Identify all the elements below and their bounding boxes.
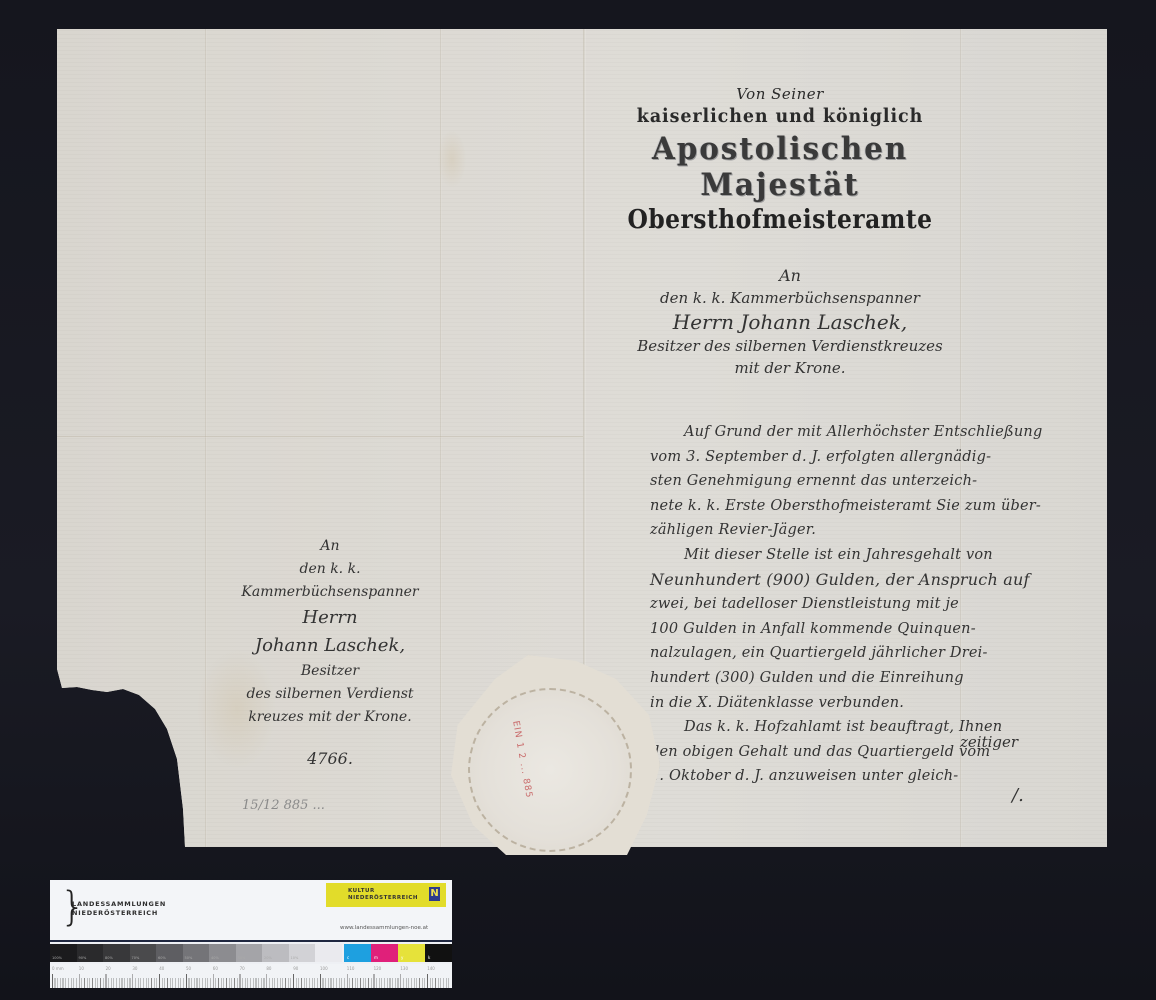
paper-stain bbox=[437, 129, 467, 189]
verso-line: kreuzes mit der Krone. bbox=[210, 706, 450, 729]
verso-line: Besitzer bbox=[210, 660, 450, 683]
org-line-1: LANDESSAMMLUNGEN bbox=[72, 900, 166, 909]
ruler-label: 90 bbox=[293, 966, 298, 971]
signature-mark: /. bbox=[1012, 785, 1024, 806]
fold-line bbox=[57, 436, 583, 438]
cmyk-patch: c bbox=[344, 944, 371, 962]
ruler-label: 120 bbox=[374, 966, 382, 971]
pencil-annotation: 15/12 885 ... bbox=[242, 798, 325, 813]
addressee-an: An bbox=[560, 265, 1020, 287]
gray-patch: 40% bbox=[209, 944, 236, 962]
body-line: zwei, bei tadelloser Dienstleistung mit … bbox=[650, 592, 1110, 617]
gray-patch-label: 50% bbox=[185, 956, 193, 960]
addressee-name: Herrn Johann Laschek, bbox=[560, 309, 1020, 335]
ruler-label: 110 bbox=[347, 966, 355, 971]
body-line: Auf Grund der mit Allerhöchster Entschli… bbox=[650, 420, 1110, 445]
addressee-title: den k. k. Kammerbüchsenspanner bbox=[560, 287, 1020, 309]
kultur-text: KULTUR NIEDERÖSTERREICH bbox=[348, 888, 418, 902]
verso-name: Johann Laschek, bbox=[210, 632, 450, 660]
org-line-2: NIEDERÖSTERREICH bbox=[72, 909, 166, 918]
gray-patch-label: 40% bbox=[211, 956, 219, 960]
gray-patch: 10% bbox=[289, 944, 316, 962]
ruler-label: 50 bbox=[186, 966, 191, 971]
ruler-label: 30 bbox=[132, 966, 137, 971]
gray-patch: 80% bbox=[103, 944, 130, 962]
gray-patch-label: 60% bbox=[158, 956, 166, 960]
n-logo-icon: N bbox=[429, 887, 440, 901]
body-line: den obigen Gehalt und das Quartiergeld v… bbox=[650, 740, 1110, 765]
gray-patch-label: 70% bbox=[132, 956, 140, 960]
paper-seal-icon bbox=[468, 688, 632, 852]
gray-patch-label: 100% bbox=[52, 956, 62, 960]
cmyk-patch: k bbox=[425, 944, 452, 962]
addressee-decoration-2: mit der Krone. bbox=[560, 357, 1020, 379]
gray-patch: 70% bbox=[130, 944, 157, 962]
gray-patch-label: 10% bbox=[291, 956, 299, 960]
gray-patch-label: 90% bbox=[79, 956, 87, 960]
cmyk-patch-label: y bbox=[401, 955, 403, 960]
verso-line: des silbernen Verdienst bbox=[210, 683, 450, 706]
cmyk-patch-label: k bbox=[428, 955, 430, 960]
verso-line: Kammerbüchsenspanner bbox=[210, 581, 450, 604]
body-line: sten Genehmigung ernennt das unterzeich- bbox=[650, 469, 1110, 494]
body-line: vom 3. September d. J. erfolgten allergn… bbox=[650, 445, 1110, 470]
header-office: Obersthofmeisteramte bbox=[582, 205, 978, 235]
verso-address: An den k. k. Kammerbüchsenspanner Herrn … bbox=[210, 535, 450, 770]
ruler-label: 70 bbox=[240, 966, 245, 971]
gray-patch-label: 30% bbox=[238, 956, 246, 960]
verso-number: 4766. bbox=[210, 747, 450, 770]
gray-patch: 100% bbox=[50, 944, 77, 962]
ruler-major-ticks bbox=[52, 974, 450, 988]
header-line-2: kaiserlichen und königlich bbox=[578, 105, 983, 127]
gray-patch: 20% bbox=[262, 944, 289, 962]
ruler-label: 80 bbox=[266, 966, 271, 971]
kultur-line-2: NIEDERÖSTERREICH bbox=[348, 895, 418, 902]
letterhead: Von Seiner kaiserlichen und königlich Ap… bbox=[560, 85, 1000, 235]
kultur-line-1: KULTUR bbox=[348, 888, 418, 895]
color-calibration-card: } LANDESSAMMLUNGEN NIEDERÖSTERREICH KULT… bbox=[50, 880, 452, 988]
cmyk-patch-label: m bbox=[374, 955, 378, 960]
gray-patch: 50% bbox=[183, 944, 210, 962]
cmyk-patch: m bbox=[371, 944, 398, 962]
body-line: 1. Oktober d. J. anzuweisen unter gleich… bbox=[650, 764, 1110, 789]
gray-patch: 90% bbox=[77, 944, 104, 962]
cmyk-patch: y bbox=[398, 944, 425, 962]
ruler-label: 140 bbox=[427, 966, 435, 971]
verso-an: An bbox=[210, 535, 450, 558]
body-line: zähligen Revier-Jäger. bbox=[650, 518, 1110, 543]
verso-line: Herrn bbox=[210, 604, 450, 632]
body-line: hundert (300) Gulden und die Einreihung bbox=[650, 666, 1110, 691]
ruler-label: 10 bbox=[79, 966, 84, 971]
addressee-block: An den k. k. Kammerbüchsenspanner Herrn … bbox=[560, 265, 1020, 379]
gray-patch: 60% bbox=[156, 944, 183, 962]
gray-patch-label: 20% bbox=[264, 956, 272, 960]
org-name: LANDESSAMMLUNGEN NIEDERÖSTERREICH bbox=[72, 900, 166, 918]
mm-ruler: 0 mm102030405060708090100110120130140 bbox=[50, 964, 452, 988]
ruler-label: 0 mm bbox=[52, 966, 64, 971]
letter-body: Auf Grund der mit Allerhöchster Entschli… bbox=[650, 420, 1110, 789]
ruler-label: 60 bbox=[213, 966, 218, 971]
ruler-label: 40 bbox=[159, 966, 164, 971]
gray-patch bbox=[315, 944, 342, 962]
body-line: in die X. Diätenklasse verbunden. bbox=[650, 691, 1110, 716]
kultur-badge: KULTUR NIEDERÖSTERREICH N bbox=[326, 883, 446, 907]
closing-word: zeitiger bbox=[960, 733, 1018, 751]
ruler-label: 130 bbox=[400, 966, 408, 971]
ruler-label: 20 bbox=[106, 966, 111, 971]
card-header: } LANDESSAMMLUNGEN NIEDERÖSTERREICH KULT… bbox=[50, 880, 452, 942]
header-line-1: Von Seiner bbox=[560, 85, 1000, 103]
addressee-decoration: Besitzer des silbernen Verdienstkreuzes bbox=[560, 335, 1020, 357]
body-line: Neunhundert (900) Gulden, der Anspruch a… bbox=[650, 568, 1110, 593]
body-line: nalzulagen, ein Quartiergeld jährlicher … bbox=[650, 641, 1110, 666]
body-line: nete k. k. Erste Obersthofmeisteramt Sie… bbox=[650, 494, 1110, 519]
grayscale-strip: 100%90%80%70%60%50%40%30%20%10% bbox=[50, 944, 342, 962]
ruler-label: 100 bbox=[320, 966, 328, 971]
card-url: www.landessammlungen-noe.at bbox=[340, 925, 428, 931]
cmyk-strip: cmyk bbox=[344, 944, 452, 962]
gray-patch-label: 80% bbox=[105, 956, 113, 960]
body-line: Mit dieser Stelle ist ein Jahresgehalt v… bbox=[650, 543, 1110, 568]
body-line: Das k. k. Hofzahlamt ist beauftragt, Ihn… bbox=[650, 715, 1110, 740]
body-line: 100 Gulden in Anfall kommende Quinquen- bbox=[650, 617, 1110, 642]
gray-patch: 30% bbox=[236, 944, 263, 962]
cmyk-patch-label: c bbox=[347, 955, 349, 960]
header-title: Apostolischen Majestät bbox=[571, 131, 989, 203]
verso-line: den k. k. bbox=[210, 558, 450, 581]
